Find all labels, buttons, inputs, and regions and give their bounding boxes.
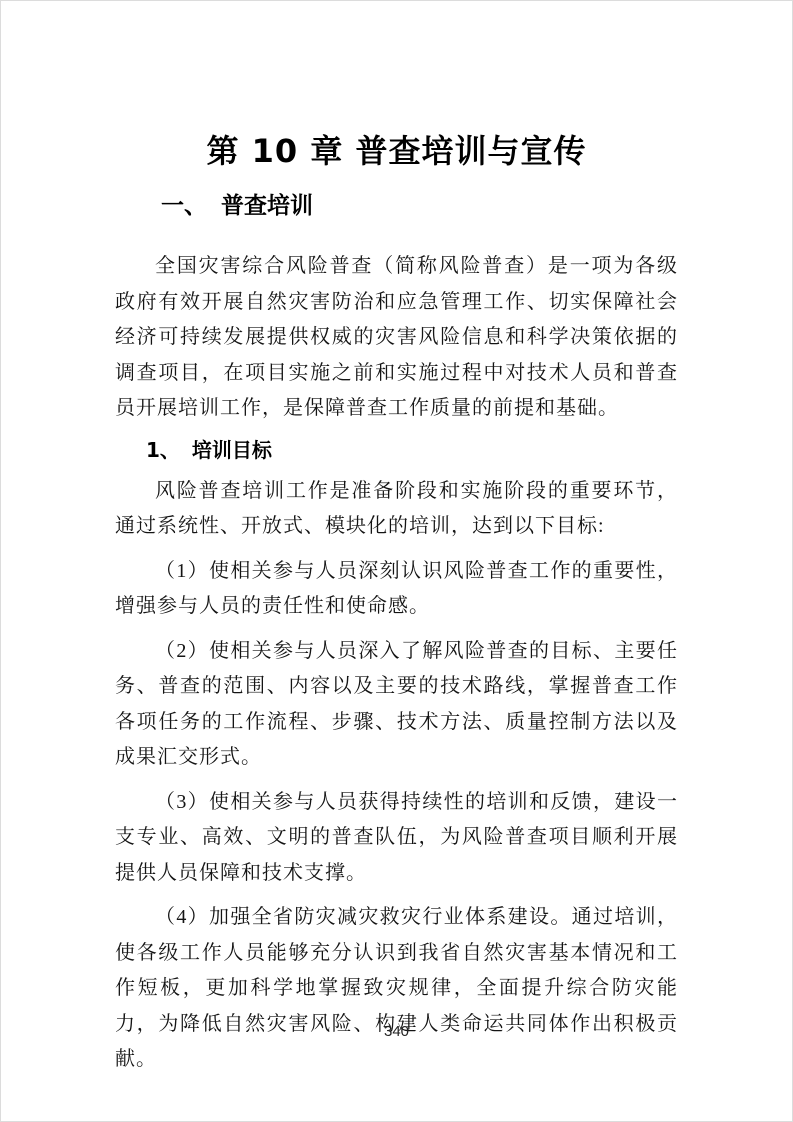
goal-item-3: （3）使相关参与人员获得持续性的培训和反馈，建设一支专业、高效、文明的普查队伍，… bbox=[115, 785, 678, 892]
section-heading: 一、普查培训 bbox=[115, 191, 678, 221]
goal-item-2: （2）使相关参与人员深入了解风险普查的目标、主要任务、普查的范围、内容以及主要的… bbox=[115, 634, 678, 776]
page-number: 340 bbox=[1, 1023, 792, 1040]
subsection-label: 培训目标 bbox=[192, 438, 272, 462]
subsection-number: 1、 bbox=[146, 438, 180, 462]
subsection-heading: 1、培训目标 bbox=[115, 436, 678, 464]
document-page: 第 10 章 普查培训与宣传 一、普查培训 全国灾害综合风险普查（简称风险普查）… bbox=[0, 0, 793, 1122]
section-label: 普查培训 bbox=[221, 193, 313, 219]
section-number: 一、 bbox=[161, 193, 207, 219]
goal-item-1: （1）使相关参与人员深刻认识风险普查工作的重要性，增强参与人员的责任性和使命感。 bbox=[115, 554, 678, 625]
chapter-title: 第 10 章 普查培训与宣传 bbox=[115, 131, 678, 171]
intro-paragraph: 全国灾害综合风险普查（简称风险普查）是一项为各级政府有效开展自然灾害防治和应急管… bbox=[115, 249, 678, 427]
subsection-intro-paragraph: 风险普查培训工作是准备阶段和实施阶段的重要环节，通过系统性、开放式、模块化的培训… bbox=[115, 474, 678, 545]
goal-item-4: （4）加强全省防灾减灾救灾行业体系建设。通过培训，使各级工作人员能够充分认识到我… bbox=[115, 900, 678, 1078]
